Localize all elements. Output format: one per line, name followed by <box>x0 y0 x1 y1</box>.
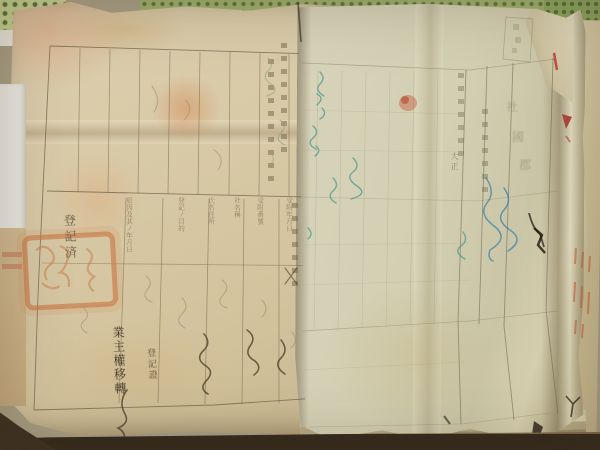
paper-stain <box>325 283 501 429</box>
bleedthrough-character: 國 <box>512 128 525 145</box>
column-header: 登記ノ目的 <box>176 197 185 232</box>
red-smudge <box>2 264 22 269</box>
faint-print-column <box>458 70 464 162</box>
bleedthrough-character: 郡 <box>519 156 532 173</box>
paper-stain <box>30 322 240 417</box>
right-document-page <box>294 3 589 445</box>
column-header: 氏名住所 <box>206 197 215 225</box>
registered-stamp-text: 登記済 <box>61 214 80 263</box>
column-header: 受附番號 <box>255 197 264 225</box>
transfer-note-text: 業主權移轉 <box>110 326 129 397</box>
stained-paper-edge-left <box>0 228 26 406</box>
faint-print-column <box>268 56 274 188</box>
red-smudge <box>2 252 22 257</box>
white-surface-left <box>0 84 26 234</box>
paper-stain <box>60 2 190 57</box>
faint-print-column <box>482 106 488 194</box>
bleedthrough-character: 社 <box>506 98 519 115</box>
era-label-text: 大正 <box>449 152 460 172</box>
receipt-note-text: 登記證 <box>145 348 160 382</box>
column-header: 社名稱 <box>232 197 241 218</box>
column-header: 受附年月日 <box>284 197 293 232</box>
faint-print-column <box>281 40 287 152</box>
photo-scene: 登記済 業主權移轉 登記證 受附年月日 受附番號 社名稱 氏名住所 登記ノ目的 … <box>0 0 600 450</box>
orange-ink-smudge <box>150 72 222 144</box>
column-header: 原因及其ノ年月日 <box>124 197 133 253</box>
